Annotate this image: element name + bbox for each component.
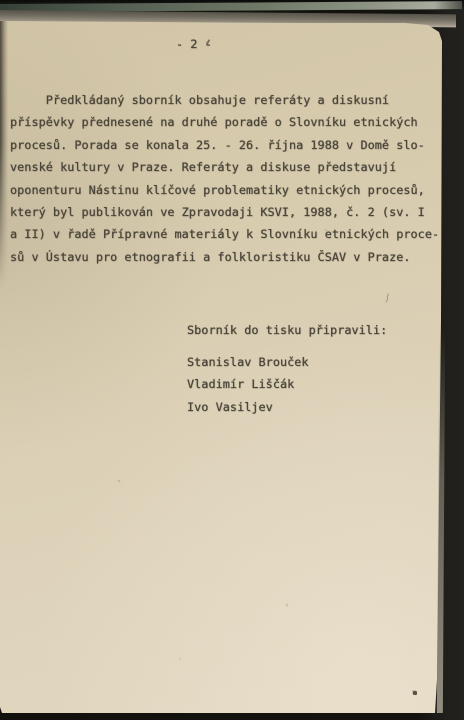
editor-name: Vladimír Liščák	[187, 373, 387, 395]
paragraph-line: procesů. Porada se konala 25. - 26. říjn…	[10, 134, 439, 156]
credits-block: Sborník do tisku připravili: Stanislav B…	[187, 323, 387, 418]
paragraph-line: Předkládaný sborník obsahuje referáty a …	[10, 89, 439, 111]
under-page-edge-sliver	[437, 330, 445, 713]
body-paragraph: Předkládaný sborník obsahuje referáty a …	[10, 89, 439, 268]
paper-sheet: - 2 - Předkládaný sborník obsahuje refer…	[0, 19, 444, 713]
credits-heading: Sborník do tisku připravili:	[187, 323, 387, 337]
paragraph-line: který byl publikován ve Zpravodaji KSVI,…	[10, 201, 439, 223]
scanned-document-page: - 2 - Předkládaný sborník obsahuje refer…	[0, 0, 464, 720]
paragraph-line: a II) v řadě Přípravné materiály k Slovn…	[10, 223, 439, 245]
editors-list: Stanislav Brouček Vladimír Liščák Ivo Va…	[187, 351, 387, 418]
left-edge-shadow	[0, 19, 8, 289]
dirt-speck-artifact	[413, 691, 417, 695]
paragraph-line: sů v Ústavu pro etnografii a folkloristi…	[10, 246, 439, 268]
editor-name: Stanislav Brouček	[187, 351, 387, 373]
paragraph-line: oponenturu Nástinu klíčové problematiky …	[10, 179, 439, 201]
paragraph-line: příspěvky přednesené na druhé poradě o S…	[10, 111, 439, 133]
ink-smudge-artifact	[383, 293, 389, 304]
editor-name: Ivo Vasiljev	[187, 396, 387, 418]
paragraph-line: venské kultury v Praze. Referáty a disku…	[10, 156, 439, 178]
